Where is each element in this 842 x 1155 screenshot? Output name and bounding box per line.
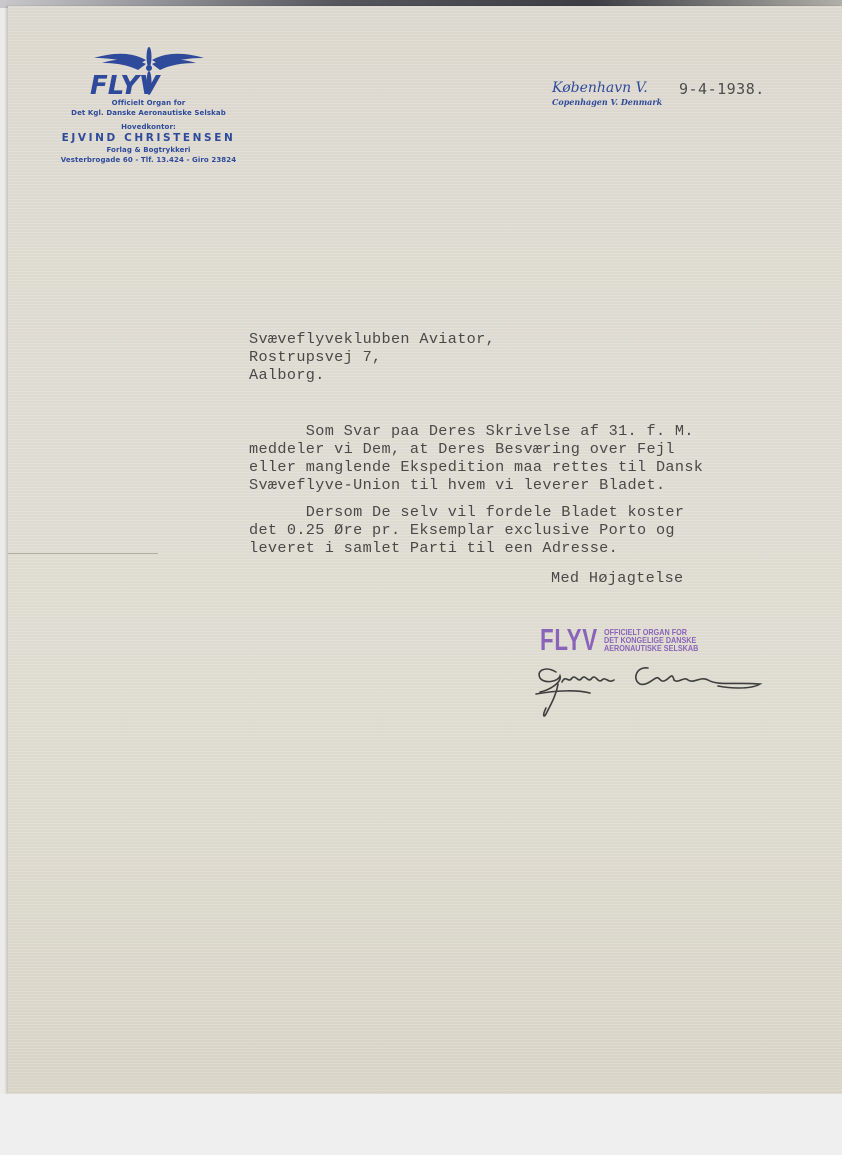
flyv-stamp: FLYV OFFICIELT ORGAN FOR DET KONGELIGE D…	[540, 625, 715, 655]
letterhead-publisher-sub: Forlag & Bogtrykkeri	[46, 145, 251, 155]
scanner-bed	[0, 1094, 842, 1155]
letterhead: FLYV Officielt Organ for Det Kgl. Danske…	[46, 46, 251, 165]
recipient-line: Rostrupsvej 7,	[249, 348, 495, 366]
letterhead-office-label: Hovedkontor:	[46, 122, 251, 132]
city-name-english: Copenhagen V. Denmark	[552, 97, 662, 107]
signature	[528, 660, 768, 724]
body-paragraph-1: Som Svar paa Deres Skrivelse af 31. f. M…	[249, 422, 703, 494]
stamp-caption: OFFICIELT ORGAN FOR DET KONGELIGE DANSKE…	[604, 628, 698, 653]
letterhead-society-line: Det Kgl. Danske Aeronautiske Selskab	[46, 108, 251, 118]
svg-text:FLYV: FLYV	[90, 71, 161, 98]
closing-salutation: Med Højagtelse	[551, 569, 684, 587]
recipient-line: Aalborg.	[249, 366, 495, 384]
letterhead-organ-line: Officielt Organ for	[46, 98, 251, 108]
letterhead-address: Vesterbrogade 60 - Tlf. 13.424 - Giro 23…	[46, 155, 251, 165]
letterhead-publisher: EJVIND CHRISTENSEN	[46, 132, 251, 145]
stamp-line: AERONAUTISKE SELSKAB	[604, 644, 698, 652]
body-paragraph-2: Dersom De selv vil fordele Bladet koster…	[249, 503, 684, 557]
place-block: København V. Copenhagen V. Denmark	[552, 80, 662, 107]
city-name: København V.	[552, 80, 662, 96]
stamp-logo-text: FLYV	[540, 625, 583, 655]
paper-fold-line	[8, 553, 158, 554]
flyv-logo: FLYV	[46, 46, 251, 98]
winged-propeller-icon: FLYV	[84, 46, 214, 98]
recipient-address: Svæveflyveklubben Aviator,Rostrupsvej 7,…	[249, 330, 495, 384]
recipient-line: Svæveflyveklubben Aviator,	[249, 330, 495, 348]
letter-date: 9-4-1938.	[679, 80, 765, 98]
handwritten-signature-icon	[528, 660, 768, 720]
